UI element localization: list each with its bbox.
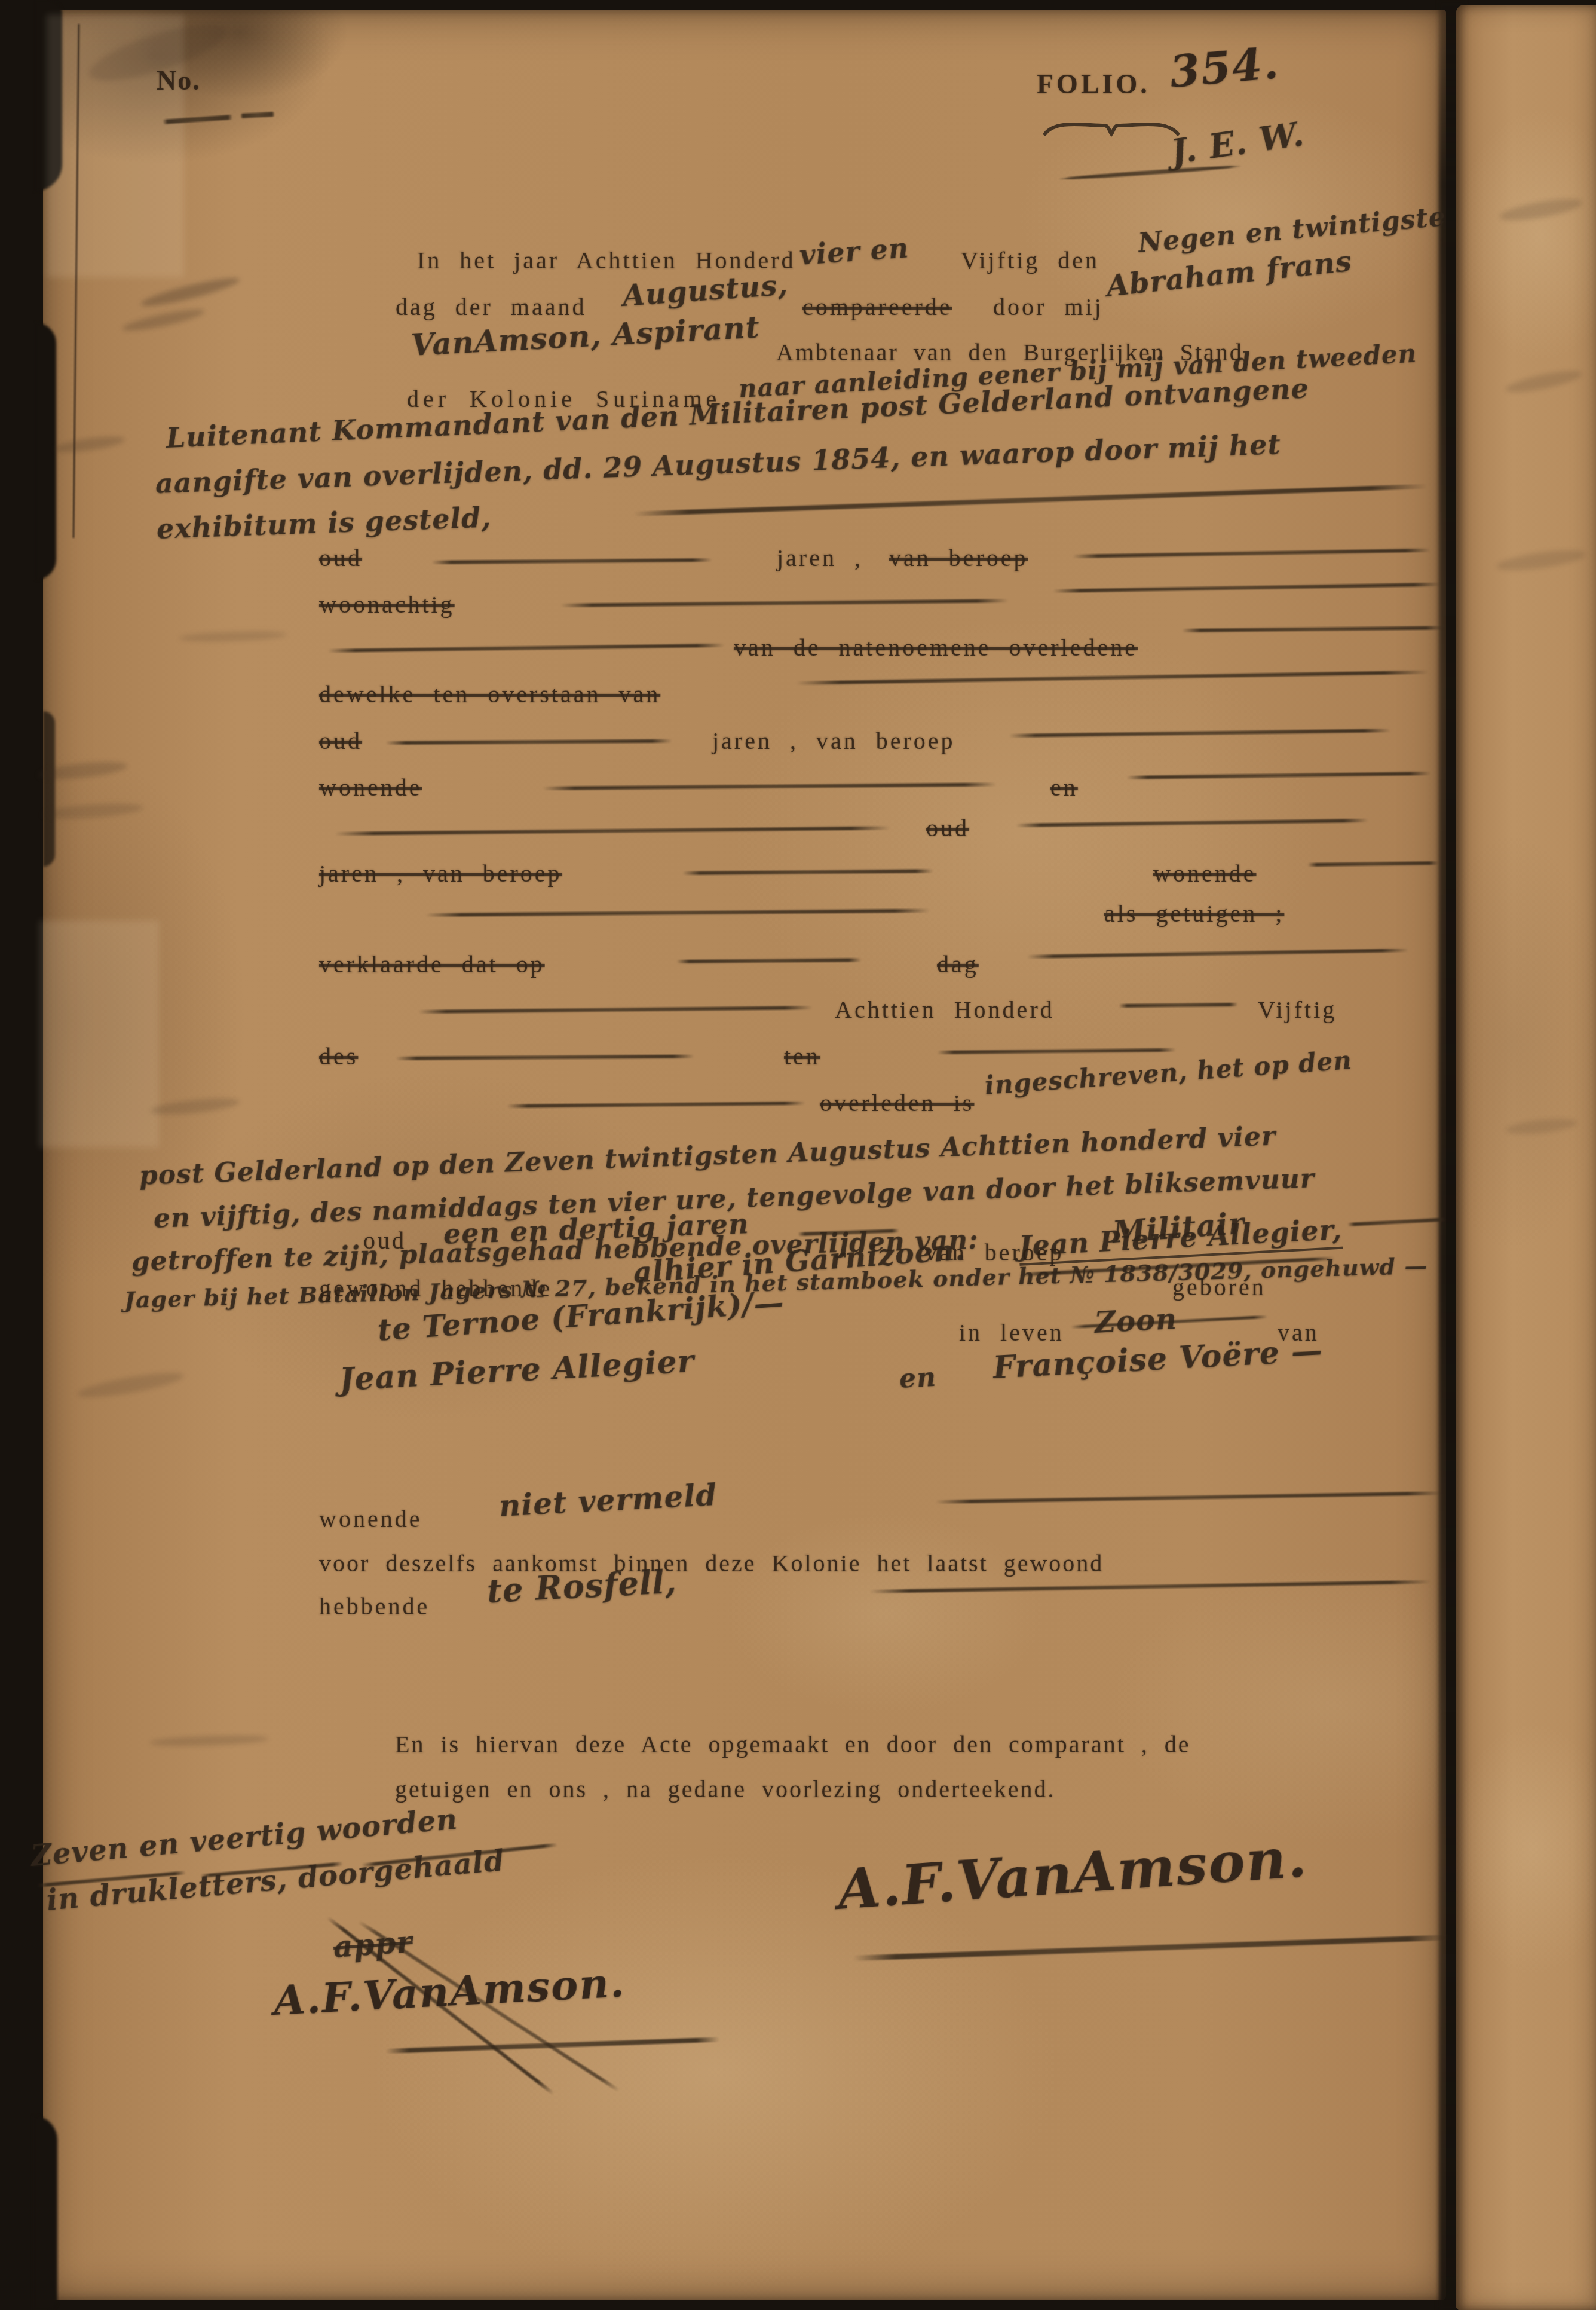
hw-en: en bbox=[899, 1362, 938, 1394]
printed-des: des bbox=[319, 1042, 358, 1070]
printed-dag: dag bbox=[937, 950, 979, 978]
printed-wonende-2: wonende bbox=[1153, 859, 1256, 888]
printed-ten: ten bbox=[784, 1042, 820, 1070]
folio-brace-icon bbox=[1043, 114, 1180, 140]
printed-jaren-beroep-3: jaren , van beroep bbox=[319, 859, 562, 888]
torn-edge bbox=[43, 711, 55, 867]
printed-dewelke-struck: dewelke ten overstaan van bbox=[319, 680, 660, 708]
printed-year-line: In het jaar Achttien Honderd bbox=[417, 246, 796, 274]
printed-vijftig: Vijftig bbox=[1258, 996, 1337, 1024]
torn-edge bbox=[36, 323, 56, 580]
printed-en-struck: en bbox=[1050, 773, 1078, 801]
printed-closing-line2: getuigen en ons , na gedane voorlezing o… bbox=[395, 1775, 1056, 1803]
printed-verklaarde: verklaarde dat op bbox=[319, 950, 545, 978]
no-label: No. bbox=[157, 65, 201, 96]
printed-oud-2: oud bbox=[319, 727, 362, 755]
printed-wonende-1: wonende bbox=[319, 773, 422, 801]
printed-hebbende-label: hebbende bbox=[319, 1592, 430, 1620]
torn-edge bbox=[33, 2116, 57, 2310]
printed-als-getuigen: als getuigen ; bbox=[1104, 899, 1284, 928]
printed-oud-label: oud bbox=[363, 1226, 406, 1255]
printed-aankomst-line: voor deszelfs aankomst binnen deze Kolon… bbox=[319, 1549, 1104, 1577]
printed-oud-3: oud bbox=[926, 814, 969, 842]
printed-closing-line1: En is hiervan deze Acte opgemaakt en doo… bbox=[395, 1730, 1191, 1758]
printed-in-leven-label: in leven bbox=[959, 1318, 1064, 1347]
printed-jaren-beroep-2: jaren , van beroep bbox=[712, 727, 955, 755]
folio-number: 354. bbox=[1168, 37, 1281, 97]
printed-oud-1: oud bbox=[319, 544, 362, 572]
printed-van-beroep-1: van beroep bbox=[889, 544, 1028, 572]
printed-geboren-label: geboren bbox=[1172, 1273, 1266, 1301]
printed-door-mij: door mij bbox=[993, 293, 1104, 321]
printed-fifty: Vijftig den bbox=[961, 246, 1099, 274]
printed-compareerde-struck: compareerde bbox=[802, 293, 952, 321]
printed-overleden-is: overleden is bbox=[820, 1089, 974, 1117]
tape-mark bbox=[39, 920, 159, 1148]
printed-month-label: dag der maand bbox=[396, 293, 586, 321]
printed-jaren-1: jaren , bbox=[777, 544, 863, 572]
printed-relation-struck: van de natenoemene overledene bbox=[734, 634, 1138, 662]
folio-label: FOLIO. bbox=[1037, 68, 1150, 100]
printed-gewoond-label: gewoond hebbende bbox=[319, 1274, 552, 1302]
scanned-death-register-page: { "header": { "no_label": "No.", "folio_… bbox=[0, 0, 1596, 2310]
printed-woonachtig: woonachtig bbox=[319, 590, 455, 619]
printed-achttien-honderd: Achttien Honderd bbox=[835, 996, 1055, 1024]
printed-wonende-label: wonende bbox=[319, 1505, 422, 1533]
page-right-edge bbox=[1456, 5, 1596, 2310]
